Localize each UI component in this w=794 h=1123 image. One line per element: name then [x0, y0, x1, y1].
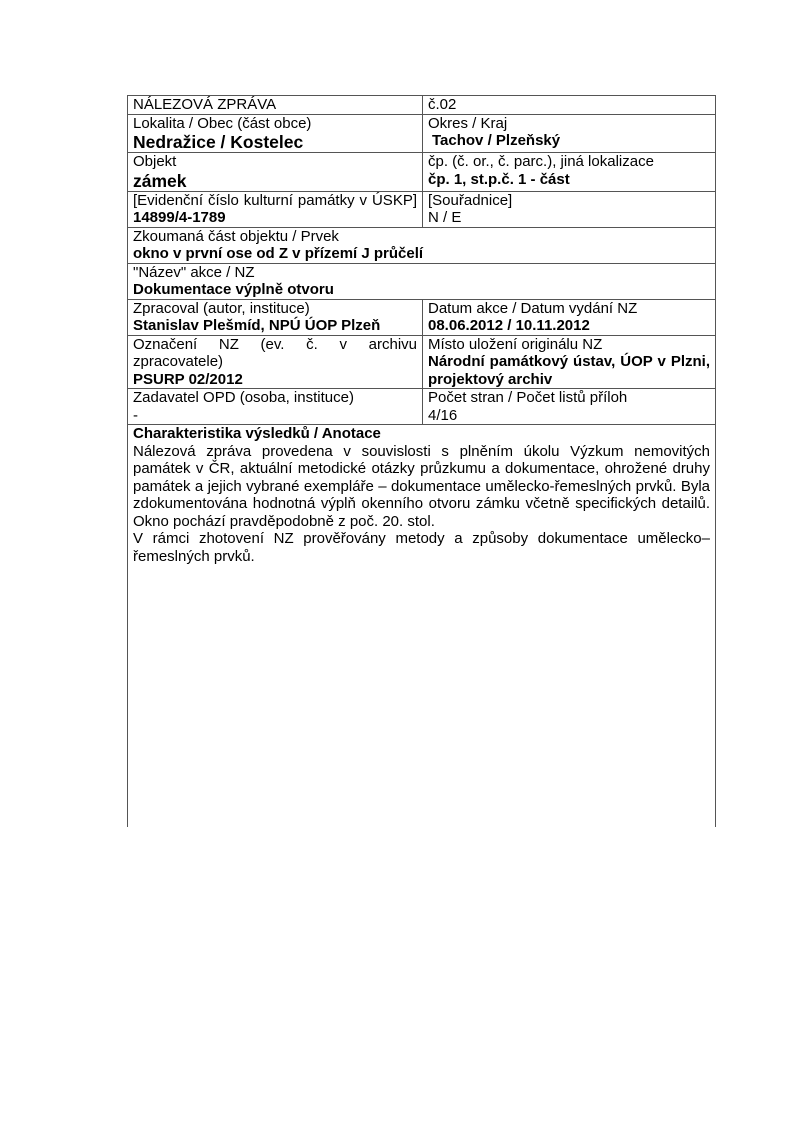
annotation-title: Charakteristika výsledků / Anotace	[133, 425, 710, 443]
registry-value: 14899/4-1789	[133, 209, 417, 227]
row-object: Objekt zámek čp. (č. or., č. parc.), jin…	[128, 153, 716, 192]
action-name-value: Dokumentace výplně otvoru	[133, 281, 710, 299]
annotation-paragraph: Nálezová zpráva provedena v souvislosti …	[133, 443, 710, 531]
row-title: NÁLEZOVÁ ZPRÁVA č.02	[128, 96, 716, 115]
pages-value: 4/16	[428, 407, 710, 425]
report-table: NÁLEZOVÁ ZPRÁVA č.02 Lokalita / Obec (čá…	[127, 95, 716, 827]
dates-value: 08.06.2012 / 10.11.2012	[428, 317, 710, 335]
row-examined-part: Zkoumaná část objektu / Prvek okno v prv…	[128, 227, 716, 263]
locality-label: Lokalita / Obec (část obce)	[133, 115, 417, 133]
object-cell: Objekt zámek	[128, 153, 423, 192]
dates-label: Datum akce / Datum vydání NZ	[428, 300, 710, 318]
report-sheet: NÁLEZOVÁ ZPRÁVA č.02 Lokalita / Obec (čá…	[127, 95, 709, 827]
author-label: Zpracoval (autor, instituce)	[133, 300, 417, 318]
row-registry: [Evidenční číslo kulturní památky v ÚSKP…	[128, 191, 716, 227]
client-value: -	[133, 407, 417, 425]
dates-cell: Datum akce / Datum vydání NZ 08.06.2012 …	[423, 299, 716, 335]
coordinates-cell: [Souřadnice] N / E	[423, 191, 716, 227]
storage-value: Národní památkový ústav, ÚOP v Plzni, pr…	[428, 353, 710, 388]
district-value: Tachov / Plzeňský	[428, 132, 710, 150]
client-label: Zadavatel OPD (osoba, instituce)	[133, 389, 417, 407]
locality-value: Nedražice / Kostelec	[133, 132, 417, 152]
designation-label: Označení NZ (ev. č. v archivu zpracovate…	[133, 336, 417, 371]
row-annotation: Charakteristika výsledků / Anotace Nález…	[128, 425, 716, 828]
storage-cell: Místo uložení originálu NZ Národní památ…	[423, 335, 716, 389]
parcel-label: čp. (č. or., č. parc.), jiná lokalizace	[428, 153, 710, 171]
parcel-value: čp. 1, st.p.č. 1 - část	[428, 171, 710, 189]
object-value: zámek	[133, 171, 417, 191]
action-name-cell: "Název" akce / NZ Dokumentace výplně otv…	[128, 263, 716, 299]
author-value: Stanislav Plešmíd, NPÚ ÚOP Plzeň	[133, 317, 417, 335]
annotation-cell: Charakteristika výsledků / Anotace Nález…	[128, 425, 716, 828]
action-name-label: "Název" akce / NZ	[133, 264, 710, 282]
examined-part-cell: Zkoumaná část objektu / Prvek okno v prv…	[128, 227, 716, 263]
examined-part-label: Zkoumaná část objektu / Prvek	[133, 228, 710, 246]
district-cell: Okres / Kraj Tachov / Plzeňský	[423, 114, 716, 153]
row-locality: Lokalita / Obec (část obce) Nedražice / …	[128, 114, 716, 153]
designation-value: PSURP 02/2012	[133, 371, 417, 389]
report-title: NÁLEZOVÁ ZPRÁVA	[133, 96, 417, 114]
parcel-cell: čp. (č. or., č. parc.), jiná lokalizace …	[423, 153, 716, 192]
district-label: Okres / Kraj	[428, 115, 710, 133]
row-designation: Označení NZ (ev. č. v archivu zpracovate…	[128, 335, 716, 389]
object-label: Objekt	[133, 153, 417, 171]
report-number: č.02	[428, 96, 710, 114]
author-cell: Zpracoval (autor, instituce) Stanislav P…	[128, 299, 423, 335]
pages-cell: Počet stran / Počet listů příloh 4/16	[423, 389, 716, 425]
row-author: Zpracoval (autor, instituce) Stanislav P…	[128, 299, 716, 335]
locality-cell: Lokalita / Obec (část obce) Nedražice / …	[128, 114, 423, 153]
registry-label: [Evidenční číslo kulturní památky v ÚSKP…	[133, 192, 417, 210]
registry-cell: [Evidenční číslo kulturní památky v ÚSKP…	[128, 191, 423, 227]
client-cell: Zadavatel OPD (osoba, instituce) -	[128, 389, 423, 425]
coordinates-value: N / E	[428, 209, 710, 227]
storage-label: Místo uložení originálu NZ	[428, 336, 710, 354]
report-number-cell: č.02	[423, 96, 716, 115]
row-client: Zadavatel OPD (osoba, instituce) - Počet…	[128, 389, 716, 425]
pages-label: Počet stran / Počet listů příloh	[428, 389, 710, 407]
annotation-paragraph: V rámci zhotovení NZ prověřovány metody …	[133, 530, 710, 565]
row-action-name: "Název" akce / NZ Dokumentace výplně otv…	[128, 263, 716, 299]
examined-part-value: okno v první ose od Z v přízemí J průčel…	[133, 245, 710, 263]
designation-cell: Označení NZ (ev. č. v archivu zpracovate…	[128, 335, 423, 389]
report-title-cell: NÁLEZOVÁ ZPRÁVA	[128, 96, 423, 115]
coordinates-label: [Souřadnice]	[428, 192, 710, 210]
